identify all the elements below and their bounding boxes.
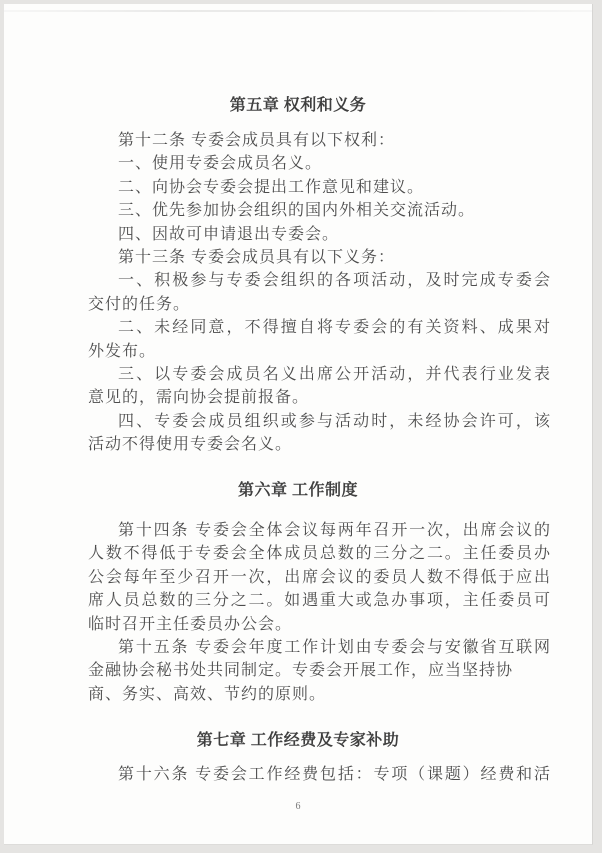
- paragraph-line: 意见的，需向协会提前报备。: [88, 386, 551, 409]
- paragraph-line: 人数不得低于专委会全体成员总数的三分之二。主任委员办: [88, 542, 551, 565]
- paragraph-line: 第十六条 专委会工作经费包括：专项（课题）经费和活: [88, 763, 551, 786]
- paragraph-line: 一、使用专委会成员名义。: [88, 152, 551, 175]
- paragraph-line: 第十二条 专委会成员具有以下权利：: [88, 129, 551, 152]
- paragraph-line: 第十四条 专委会全体会议每两年召开一次，出席会议的: [88, 519, 551, 542]
- chapter-6-heading: 第六章 工作制度: [4, 477, 592, 500]
- paragraph-line: 第十三条 专委会成员具有以下义务：: [88, 246, 551, 269]
- paragraph-line: 交付的任务。: [88, 293, 551, 316]
- chapter-6-body: 第十四条 专委会全体会议每两年召开一次，出席会议的 人数不得低于专委会全体成员总…: [88, 519, 551, 706]
- paragraph-line: 外发布。: [88, 340, 551, 363]
- paragraph-line: 四、因故可申请退出专委会。: [88, 223, 551, 246]
- paragraph-line: 席人员总数的三分之二。如遇重大或急办事项，主任委员可: [88, 589, 551, 612]
- paragraph-line: 二、未经同意，不得擅自将专委会的有关资料、成果对: [88, 316, 551, 339]
- paragraph-line: 商、务实、高效、节约的原则。: [88, 683, 551, 706]
- scan-artifact-line: [4, 10, 592, 12]
- paragraph-line: 活动不得使用专委会名义。: [88, 433, 551, 456]
- paragraph-line: 公会每年至少召开一次，出席会议的委员人数不得低于应出: [88, 566, 551, 589]
- page-number: 6: [4, 801, 592, 812]
- chapter-5-body: 第十二条 专委会成员具有以下权利： 一、使用专委会成员名义。 二、向协会专委会提…: [88, 129, 551, 456]
- document-page: 第五章 权利和义务 第十二条 专委会成员具有以下权利： 一、使用专委会成员名义。…: [4, 4, 593, 845]
- paragraph-line: 四、专委会成员组织或参与活动时，未经协会许可，该: [88, 410, 551, 433]
- paragraph-line: 临时召开主任委员办公会。: [88, 613, 551, 636]
- paragraph-line: 第十五条 专委会年度工作计划由专委会与安徽省互联网: [88, 636, 551, 659]
- chapter-5-heading: 第五章 权利和义务: [4, 92, 592, 115]
- paragraph-line: 金融协会秘书处共同制定。专委会开展工作，应当坚持协: [88, 659, 551, 682]
- paragraph-line: 一、积极参与专委会组织的各项活动，及时完成专委会: [88, 269, 551, 292]
- chapter-7-body: 第十六条 专委会工作经费包括：专项（课题）经费和活: [88, 763, 551, 786]
- paragraph-line: 三、以专委会成员名义出席公开活动，并代表行业发表: [88, 363, 551, 386]
- paragraph-line: 三、优先参加协会组织的国内外相关交流活动。: [88, 199, 551, 222]
- chapter-7-heading: 第七章 工作经费及专家补助: [4, 727, 592, 750]
- paragraph-line: 二、向协会专委会提出工作意见和建议。: [88, 176, 551, 199]
